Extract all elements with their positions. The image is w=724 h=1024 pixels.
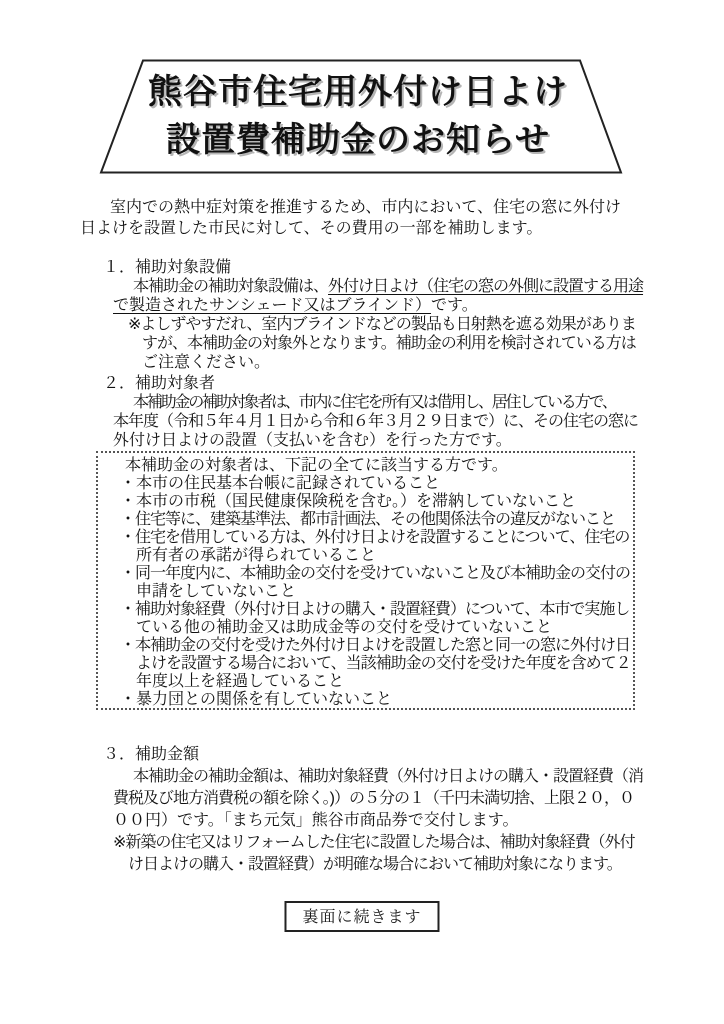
page-title-line2: 設置費補助金のお知らせ xyxy=(93,116,623,164)
condition-item: ・住宅等に、建築基準法、都市計画法、その他関係法令の違反がないこと xyxy=(120,511,633,529)
note-line: すが、本補助金の対象外となります。補助金の利用を検討されている方は xyxy=(142,334,704,353)
text-line: 室内での熱中症対策を推進するため、市内において、住宅の窓に外付け xyxy=(110,197,704,218)
text-line: 外付け日よけの設置（支払いを含む）を行った方です。 xyxy=(113,431,704,450)
section-3-heading: ３．補助金額 xyxy=(103,744,704,766)
section-1-equipment: １．補助対象設備 本補助金の補助対象設備は、外付け日よけ（住宅の窓の外側に設置す… xyxy=(80,258,704,372)
body-text: 本補助金の補助対象設備は、 xyxy=(133,278,328,295)
text-line: 本年度（令和５年４月１日から令和６年３月２９日まで）に、その住宅の窓に xyxy=(113,412,704,431)
condition-item: ・住宅を借用している方は、外付け日よけを設置することについて、住宅の xyxy=(120,529,633,547)
text-line: 日よけを設置した市民に対して、その費用の一部を補助します。 xyxy=(80,218,704,239)
note-line: ※よしずやすだれ、室内ブラインドなどの製品も日射熱を遮る効果がありま xyxy=(128,315,704,334)
title-banner: 熊谷市住宅用外付け日よけ 設置費補助金のお知らせ xyxy=(93,59,623,174)
underlined-text: 外付け日よけ（住宅の窓の外側に設置する用途 xyxy=(328,278,643,295)
conditions-intro: 本補助金の対象者は、下記の全てに該当する方です。 xyxy=(125,457,633,475)
body-text: です。 xyxy=(431,297,478,314)
condition-item: ・本市の市税（国民健康保険税を含む。）を滞納していないこと xyxy=(120,493,633,511)
condition-item: ・本補助金の交付を受けた外付け日よけを設置した窓と同一の窓に外付け日 xyxy=(120,637,633,655)
condition-item-continuation: 所有者の承諾が得られていること xyxy=(136,547,633,565)
condition-item: ・補助対象経費（外付け日よけの購入・設置経費）について、本市で実施し xyxy=(120,601,633,619)
text-line: ００円）です。「まち元気」熊谷市商品券で交付します。 xyxy=(113,810,704,832)
text-line: 本補助金の補助対象設備は、外付け日よけ（住宅の窓の外側に設置する用途 xyxy=(133,277,704,296)
document-page: 熊谷市住宅用外付け日よけ 設置費補助金のお知らせ 室内での熱中症対策を推進するた… xyxy=(0,0,724,1024)
intro-paragraph: 室内での熱中症対策を推進するため、市内において、住宅の窓に外付け 日よけを設置し… xyxy=(80,197,704,239)
section-3-subsidy-amount: ３．補助金額 本補助金の補助金額は、補助対象経費（外付け日よけの購入・設置経費（… xyxy=(80,744,704,876)
section-2-heading: ２．補助対象者 xyxy=(103,374,704,393)
condition-item: ・同一年度内に、本補助金の交付を受けていないこと及び本補助金の交付の xyxy=(120,565,633,583)
continue-on-back-box: 裏面に続きます xyxy=(284,901,439,932)
condition-item: ・本市の住民基本台帳に記録されていること xyxy=(120,475,633,493)
text-line: 本補助金の補助対象者は、市内に住宅を所有又は借用し、居住している方で、 xyxy=(133,393,704,412)
condition-item-continuation: よけを設置する場合において、当該補助金の交付を受けた年度を含めて２ xyxy=(136,655,633,673)
text-line: 本補助金の補助金額は、補助対象経費（外付け日よけの購入・設置経費（消 xyxy=(133,766,704,788)
conditions-box: 本補助金の対象者は、下記の全てに該当する方です。 ・本市の住民基本台帳に記録され… xyxy=(96,451,635,710)
condition-item-continuation: ている他の補助金又は助成金等の交付を受けていないこと xyxy=(136,619,633,637)
text-line: で製造されたサンシェード又はブラインド）です。 xyxy=(113,296,704,315)
condition-item-continuation: 申請をしていないこと xyxy=(136,583,633,601)
note-line: ご注意ください。 xyxy=(142,353,704,372)
underlined-text: で製造されたサンシェード又はブラインド） xyxy=(113,297,431,314)
note-line: け日よけの購入・設置経費）が明確な場合において補助対象になります。 xyxy=(128,854,704,876)
condition-item-continuation: 年度以上を経過していること xyxy=(136,673,633,691)
condition-item: ・暴力団との関係を有していないこと xyxy=(120,691,633,709)
text-line: 費税及び地方消費税の額を除く。)）の５分の１（千円未満切捨、上限２０，０ xyxy=(113,788,704,810)
section-1-heading: １．補助対象設備 xyxy=(103,258,704,277)
page-title-line1: 熊谷市住宅用外付け日よけ xyxy=(93,68,623,116)
page-title: 熊谷市住宅用外付け日よけ 設置費補助金のお知らせ xyxy=(93,68,623,164)
note-line: ※新築の住宅又はリフォームした住宅に設置した場合は、補助対象経費（外付 xyxy=(113,832,704,854)
section-2-eligible-persons: ２．補助対象者 本補助金の補助対象者は、市内に住宅を所有又は借用し、居住している… xyxy=(80,374,704,450)
continue-on-back-label: 裏面に続きます xyxy=(302,909,421,926)
